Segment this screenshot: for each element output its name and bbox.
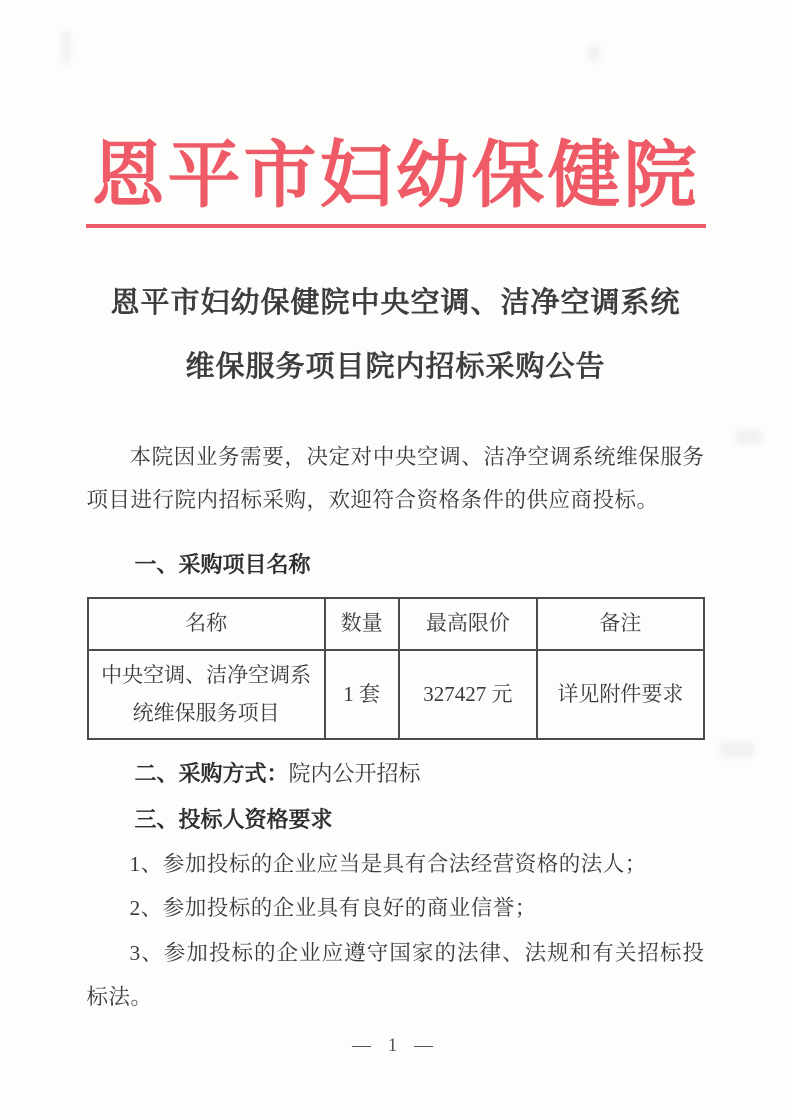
section1-heading: 一、采购项目名称 xyxy=(87,543,705,587)
table-header-max-price: 最高限价 xyxy=(399,598,538,650)
cell-project-name: 中央空调、洁净空调系统维保服务项目 xyxy=(88,650,325,740)
letterhead: 恩平市妇幼保健院 xyxy=(0,0,791,228)
scan-artifact xyxy=(736,430,762,444)
table-header-name: 名称 xyxy=(88,598,325,650)
table-header-row: 名称 数量 最高限价 备注 xyxy=(88,598,704,650)
table-header-remark: 备注 xyxy=(537,598,703,650)
section2-line: 二、采购方式：院内公开招标 xyxy=(87,752,705,796)
intro-paragraph: 本院因业务需要，决定对中央空调、洁净空调系统维保服务项目进行院内招标采购，欢迎符… xyxy=(87,436,705,522)
cell-max-price: 327427 元 xyxy=(399,650,538,740)
section2-heading: 二、采购方式： xyxy=(135,761,289,786)
hospital-name-title: 恩平市妇幼保健院 xyxy=(0,134,791,218)
cell-quantity: 1 套 xyxy=(325,650,399,740)
letterhead-divider xyxy=(86,224,706,228)
scan-artifact xyxy=(720,742,754,758)
requirement-item-2: 2、参加投标的企业具有良好的商业信誉； xyxy=(87,886,705,930)
announcement-title-line2: 维保服务项目院内招标采购公告 xyxy=(87,336,705,400)
procurement-table: 名称 数量 最高限价 备注 中央空调、洁净空调系统维保服务项目 1 套 3274… xyxy=(87,597,705,740)
document-body: 恩平市妇幼保健院中央空调、洁净空调系统 维保服务项目院内招标采购公告 本院因业务… xyxy=(87,272,705,1019)
requirement-item-1: 1、参加投标的企业应当是具有合法经营资格的法人； xyxy=(87,842,705,886)
table-row: 中央空调、洁净空调系统维保服务项目 1 套 327427 元 详见附件要求 xyxy=(88,650,704,740)
section2-value: 院内公开招标 xyxy=(289,761,421,786)
section3-heading: 三、投标人资格要求 xyxy=(87,798,705,842)
page-number: — 1 — xyxy=(0,1035,791,1057)
requirement-items: 1、参加投标的企业应当是具有合法经营资格的法人； 2、参加投标的企业具有良好的商… xyxy=(87,842,705,1018)
announcement-title-line1: 恩平市妇幼保健院中央空调、洁净空调系统 xyxy=(87,272,705,336)
announcement-title: 恩平市妇幼保健院中央空调、洁净空调系统 维保服务项目院内招标采购公告 xyxy=(87,272,705,400)
document-page: 恩平市妇幼保健院 恩平市妇幼保健院中央空调、洁净空调系统 维保服务项目院内招标采… xyxy=(0,0,791,1119)
requirement-item-3: 3、参加投标的企业应遵守国家的法律、法规和有关招标投标法。 xyxy=(87,931,705,1019)
table-header-quantity: 数量 xyxy=(325,598,399,650)
cell-remark: 详见附件要求 xyxy=(537,650,703,740)
